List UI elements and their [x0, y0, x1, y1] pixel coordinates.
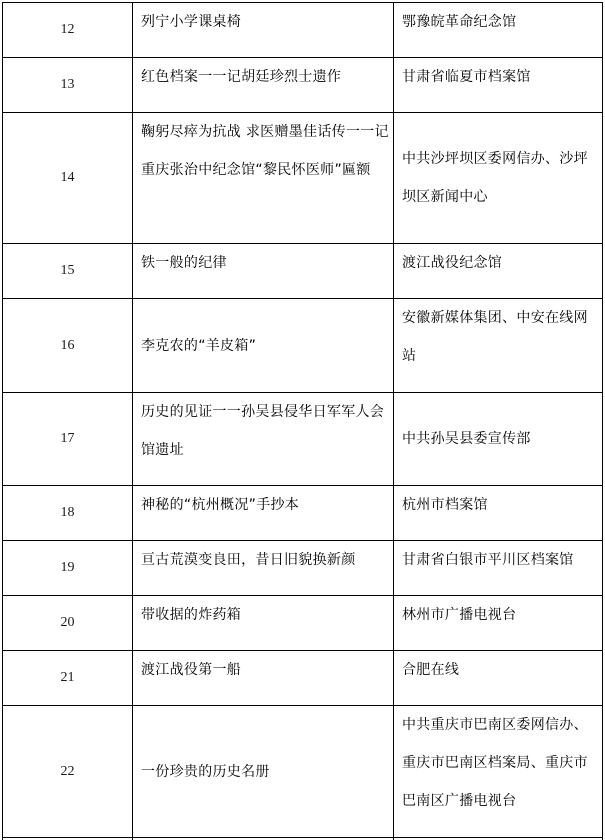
row-number: 16 [3, 299, 133, 393]
item-source-text: 安徽新媒体集团、中安在线网站 [402, 299, 598, 375]
table-row: 16 李克农的“羊皮箱” 安徽新媒体集团、中安在线网站 [3, 299, 603, 393]
row-number: 14 [3, 113, 133, 244]
item-title: 列宁小学课桌椅 [133, 3, 394, 58]
item-source: 合肥在线 [394, 651, 603, 706]
row-number: 18 [3, 486, 133, 541]
item-source: 渡江战役纪念馆 [394, 244, 603, 299]
row-number: 21 [3, 651, 133, 706]
item-title-text: 铁一般的纪律 [141, 244, 389, 282]
item-source: 中共沙坪坝区委网信办、沙坪坝区新闻中心 [394, 113, 603, 244]
item-source: 甘肃省白银市平川区档案馆 [394, 541, 603, 596]
item-source-text: 鄂豫皖革命纪念馆 [402, 3, 598, 41]
item-source-text: 合肥在线 [402, 651, 598, 689]
item-title-text: 鞠躬尽瘁为抗战 求医赠墨佳话传一一记重庆张治中纪念馆“黎民怀医师”匾额 [141, 113, 389, 189]
table-row: 20 带收据的炸药箱 林州市广播电视台 [3, 596, 603, 651]
item-title: 历史的见证一一孙吴县侵华日军军人会馆遗址 [133, 393, 394, 486]
item-title: 亘古荒漠变良田，昔日旧貌换新颜 [133, 541, 394, 596]
item-title: 李克农的“羊皮箱” [133, 299, 394, 393]
item-source: 鄂豫皖革命纪念馆 [394, 3, 603, 58]
row-number: 17 [3, 393, 133, 486]
table-row: 22 一份珍贵的历史名册 中共重庆市巴南区委网信办、重庆市巴南区档案局、重庆市巴… [3, 706, 603, 838]
document-table: 12 列宁小学课桌椅 鄂豫皖革命纪念馆 13 红色档案一一记胡廷珍烈士遗作 甘肃… [2, 2, 603, 840]
table-row: 21 渡江战役第一船 合肥在线 [3, 651, 603, 706]
item-source-text: 中共沙坪坝区委网信办、沙坪坝区新闻中心 [402, 140, 598, 216]
table-row: 17 历史的见证一一孙吴县侵华日军军人会馆遗址 中共孙吴县委宣传部 [3, 393, 603, 486]
row-number: 12 [3, 3, 133, 58]
row-number: 22 [3, 706, 133, 838]
table-row: 15 铁一般的纪律 渡江战役纪念馆 [3, 244, 603, 299]
item-title-text: 神秘的“杭州概况”手抄本 [141, 486, 389, 524]
item-title: 带收据的炸药箱 [133, 596, 394, 651]
table-row: 14 鞠躬尽瘁为抗战 求医赠墨佳话传一一记重庆张治中纪念馆“黎民怀医师”匾额 中… [3, 113, 603, 244]
item-source-text: 甘肃省临夏市档案馆 [402, 58, 598, 96]
item-title: 一份珍贵的历史名册 [133, 706, 394, 838]
item-title: 渡江战役第一船 [133, 651, 394, 706]
item-title: 鞠躬尽瘁为抗战 求医赠墨佳话传一一记重庆张治中纪念馆“黎民怀医师”匾额 [133, 113, 394, 244]
item-title-text: 列宁小学课桌椅 [141, 3, 389, 41]
table-row: 12 列宁小学课桌椅 鄂豫皖革命纪念馆 [3, 3, 603, 58]
item-source: 林州市广播电视台 [394, 596, 603, 651]
item-source-text: 中共重庆市巴南区委网信办、重庆市巴南区档案局、重庆市巴南区广播电视台 [402, 706, 598, 820]
row-number: 19 [3, 541, 133, 596]
item-source: 中共重庆市巴南区委网信办、重庆市巴南区档案局、重庆市巴南区广播电视台 [394, 706, 603, 838]
item-title-text: 历史的见证一一孙吴县侵华日军军人会馆遗址 [141, 393, 389, 469]
item-source-text: 林州市广播电视台 [402, 596, 598, 634]
item-source: 中共孙吴县委宣传部 [394, 393, 603, 486]
item-source-text: 甘肃省白银市平川区档案馆 [402, 541, 598, 579]
item-source-text: 中共孙吴县委宣传部 [402, 420, 598, 458]
item-title-text: 一份珍贵的历史名册 [141, 753, 389, 791]
item-title-text: 亘古荒漠变良田，昔日旧貌换新颜 [141, 541, 389, 579]
item-title-text: 带收据的炸药箱 [141, 596, 389, 634]
row-number: 20 [3, 596, 133, 651]
item-title: 神秘的“杭州概况”手抄本 [133, 486, 394, 541]
item-source-text: 杭州市档案馆 [402, 486, 598, 524]
row-number: 13 [3, 58, 133, 113]
item-title: 红色档案一一记胡廷珍烈士遗作 [133, 58, 394, 113]
item-title-text: 李克农的“羊皮箱” [141, 327, 389, 365]
item-source: 杭州市档案馆 [394, 486, 603, 541]
item-source: 安徽新媒体集团、中安在线网站 [394, 299, 603, 393]
table-row: 19 亘古荒漠变良田，昔日旧貌换新颜 甘肃省白银市平川区档案馆 [3, 541, 603, 596]
table-row: 18 神秘的“杭州概况”手抄本 杭州市档案馆 [3, 486, 603, 541]
item-title-text: 红色档案一一记胡廷珍烈士遗作 [141, 58, 389, 96]
row-number: 15 [3, 244, 133, 299]
item-title: 铁一般的纪律 [133, 244, 394, 299]
item-title-text: 渡江战役第一船 [141, 651, 389, 689]
item-source: 甘肃省临夏市档案馆 [394, 58, 603, 113]
table-row: 13 红色档案一一记胡廷珍烈士遗作 甘肃省临夏市档案馆 [3, 58, 603, 113]
item-source-text: 渡江战役纪念馆 [402, 244, 598, 282]
